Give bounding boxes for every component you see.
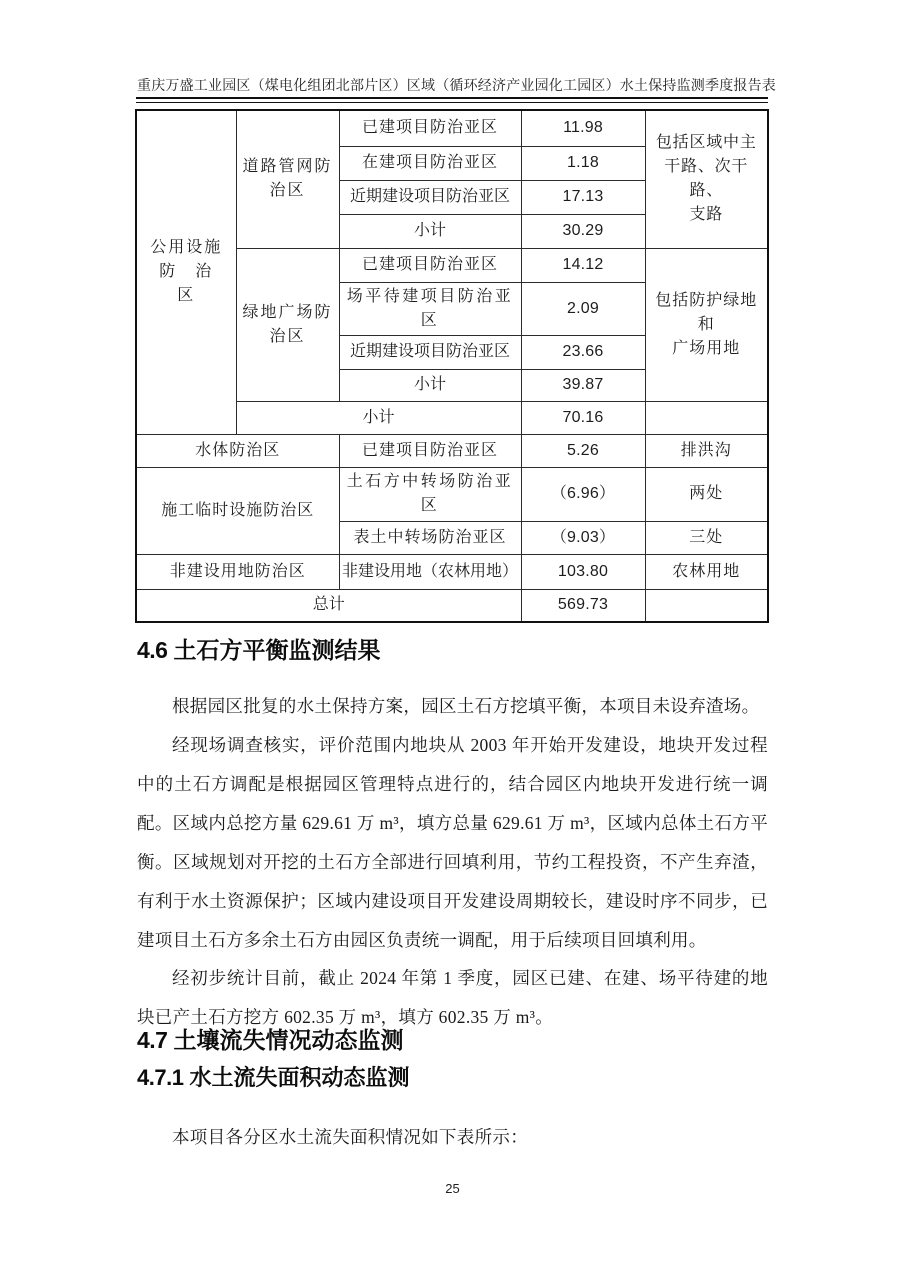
cell-area-name: 场平待建项目防治亚 区: [339, 282, 521, 335]
cell-remark-water: 排洪沟: [645, 434, 768, 467]
cell-remark-temp-1: 两处: [645, 467, 768, 521]
cell-remark-green: 包括防护绿地和 广场用地: [645, 248, 768, 401]
section-heading-4-7-1: 4.7.1水土流失面积动态监测: [137, 1063, 777, 1092]
cell-zone-water: 水体防治区: [136, 434, 339, 467]
cell-remark-empty: [645, 589, 768, 622]
cell-subtotal-value: 30.29: [521, 214, 645, 248]
section-heading-4-6: 4.6土石方平衡监测结果: [137, 635, 777, 665]
cell-remark-empty: [645, 401, 768, 434]
cell-area-name: 近期建设项目防治亚区: [339, 180, 521, 214]
cell-subtotal-label: 小计: [339, 369, 521, 401]
section-title: 土壤流失情况动态监测: [173, 1027, 403, 1053]
cell-public-subtotal-value: 70.16: [521, 401, 645, 434]
cell-area-value: （6.96）: [521, 467, 645, 521]
cell-area-name: 在建项目防治亚区: [339, 146, 521, 180]
cell-area-name: 已建项目防治亚区: [339, 434, 521, 467]
section-heading-4-7: 4.7土壤流失情况动态监测: [137, 1025, 777, 1055]
paragraph-earthwork-balance-1: 根据园区批复的水土保持方案，园区土石方挖填平衡，本项目未设弃渣场。: [137, 687, 768, 726]
cell-area-name: 近期建设项目防治亚区: [339, 335, 521, 369]
cell-remark-temp-2: 三处: [645, 521, 768, 554]
cell-area-value: 11.98: [521, 110, 645, 146]
cell-subtotal-value: 39.87: [521, 369, 645, 401]
section-number: 4.7.1: [137, 1065, 183, 1090]
table-row: 施工临时设施防治区 土石方中转场防治亚 区 （6.96） 两处: [136, 467, 768, 521]
cell-area-value: 17.13: [521, 180, 645, 214]
section-number: 4.7: [137, 1027, 167, 1053]
cell-zone-nonconstruction: 非建设用地防治区: [136, 554, 339, 589]
table-row: 总计 569.73: [136, 589, 768, 622]
cell-zone-public-facilities: 公用设施 防 治 区: [136, 110, 236, 434]
page-number: 25: [137, 1181, 768, 1196]
paragraph-soil-loss-intro: 本项目各分区水土流失面积情况如下表所示：: [137, 1118, 768, 1157]
cell-grand-total-label: 总计: [136, 589, 521, 622]
cell-remark-nonconstruction: 农林用地: [645, 554, 768, 589]
running-header-title: 重庆万盛工业园区（煤电化组团北部片区）区域（循环经济产业园化工园区）水土保持监测…: [137, 78, 768, 96]
paragraph-earthwork-balance-2: 经现场调查核实，评价范围内地块从 2003 年开始开发建设，地块开发过程中的土石…: [137, 726, 768, 960]
section-title: 水土流失面积动态监测: [189, 1065, 409, 1090]
cell-area-value: 2.09: [521, 282, 645, 335]
table-row: 水体防治区 已建项目防治亚区 5.26 排洪沟: [136, 434, 768, 467]
cell-area-name: 已建项目防治亚区: [339, 110, 521, 146]
cell-area-value: （9.03）: [521, 521, 645, 554]
header-divider-line: [136, 97, 768, 103]
cell-grand-total-value: 569.73: [521, 589, 645, 622]
protection-zone-area-table: 公用设施 防 治 区 道路管网防 治区 已建项目防治亚区 11.98 包括区域中…: [135, 109, 769, 623]
cell-area-name: 非建设用地（农林用地）: [339, 554, 521, 589]
cell-area-value: 5.26: [521, 434, 645, 467]
cell-subzone-road-network: 道路管网防 治区: [236, 110, 339, 248]
cell-area-name: 已建项目防治亚区: [339, 248, 521, 282]
cell-area-value: 23.66: [521, 335, 645, 369]
table-row: 公用设施 防 治 区 道路管网防 治区 已建项目防治亚区 11.98 包括区域中…: [136, 110, 768, 146]
table-row: 非建设用地防治区 非建设用地（农林用地） 103.80 农林用地: [136, 554, 768, 589]
section-number: 4.6: [137, 637, 167, 663]
cell-area-value: 1.18: [521, 146, 645, 180]
cell-subzone-green-plaza: 绿地广场防 治区: [236, 248, 339, 401]
cell-subtotal-label: 小计: [339, 214, 521, 248]
document-page: 重庆万盛工业园区（煤电化组团北部片区）区域（循环经济产业园化工园区）水土保持监测…: [0, 0, 900, 1273]
cell-public-subtotal-label: 小计: [236, 401, 521, 434]
cell-remark-road: 包括区域中主 干路、次干路、 支路: [645, 110, 768, 248]
cell-area-value: 14.12: [521, 248, 645, 282]
cell-zone-temp-facilities: 施工临时设施防治区: [136, 467, 339, 554]
cell-area-name: 土石方中转场防治亚 区: [339, 467, 521, 521]
section-title: 土石方平衡监测结果: [173, 637, 380, 663]
cell-area-value: 103.80: [521, 554, 645, 589]
cell-area-name: 表土中转场防治亚区: [339, 521, 521, 554]
